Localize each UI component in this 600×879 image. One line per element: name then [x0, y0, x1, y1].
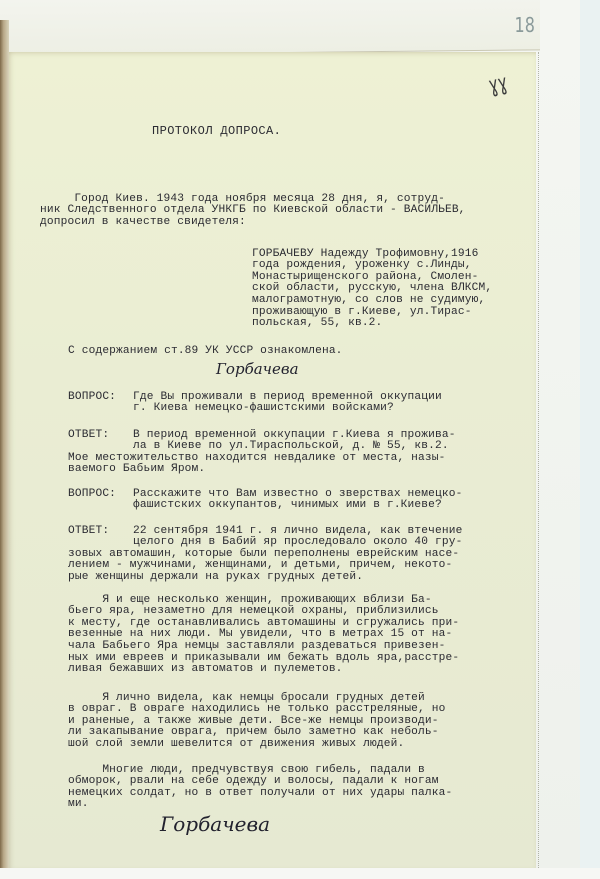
page-right-edge [524, 52, 539, 872]
question-label: ВОПРОС: [68, 392, 116, 404]
witness-line: малограмотную, со слов не судимую, [252, 295, 492, 307]
acknowledgement: С содержанием ст.89 УК УССР ознакомлена. [68, 346, 343, 358]
question-line: г. Киева немецко-фашистскими войсками? [133, 403, 442, 415]
paragraph-line: шой слой земли шевелится от движения жив… [68, 739, 446, 751]
question-2: ВОПРОС: [68, 477, 116, 500]
answer-line: рые женщины держали на руках грудных дет… [68, 572, 459, 584]
paragraph-line: ливая бежавших из автоматов и пулеметов. [68, 664, 459, 676]
paragraph-line: немецких солдат, но в ответ получали от … [68, 788, 452, 800]
answer-1: ОТВЕТ: [68, 418, 109, 441]
witness-signature-final: Горбачева [160, 812, 270, 836]
question-1: ВОПРОС: [68, 380, 116, 403]
answer-2: ОТВЕТ: [68, 514, 109, 537]
question-label: ВОПРОС: [68, 489, 116, 501]
witness-signature: Горбачева [216, 360, 299, 378]
previous-page-edge [0, 0, 540, 56]
page-binding-edge [0, 20, 9, 872]
intro-text: Город Киев. 1943 года ноября месяца 28 д… [40, 182, 466, 240]
paragraph-2: Я лично видела, как немцы бросали грудны… [68, 681, 446, 762]
paragraph-line: ми. [68, 799, 452, 811]
witness-line: польская, 55, кв.2. [252, 318, 492, 330]
intro-line: допросил в качестве свидетеля: [40, 217, 466, 229]
answer-label: ОТВЕТ: [68, 430, 109, 442]
paragraph-1: Я и еще несколько женщин, проживающих вб… [68, 583, 459, 687]
page-number: 18 [515, 13, 535, 37]
scan-bottom-margin [0, 868, 600, 879]
paragraph-line: чала Бабьего Яра немцы заставляли раздев… [68, 641, 459, 653]
answer-label: ОТВЕТ: [68, 526, 109, 538]
witness-details: ГОРБАЧЕВУ Надежду Трофимовну,1916года ро… [252, 237, 492, 341]
scan-right-margin [580, 0, 600, 879]
question-line: фашистских оккупантов, чинимых ими в г.К… [133, 500, 462, 512]
document-title: ПРОТОКОЛ ДОПРОСА. [152, 124, 281, 138]
answer-line: ваемого Бабьим Яром. [68, 464, 446, 476]
